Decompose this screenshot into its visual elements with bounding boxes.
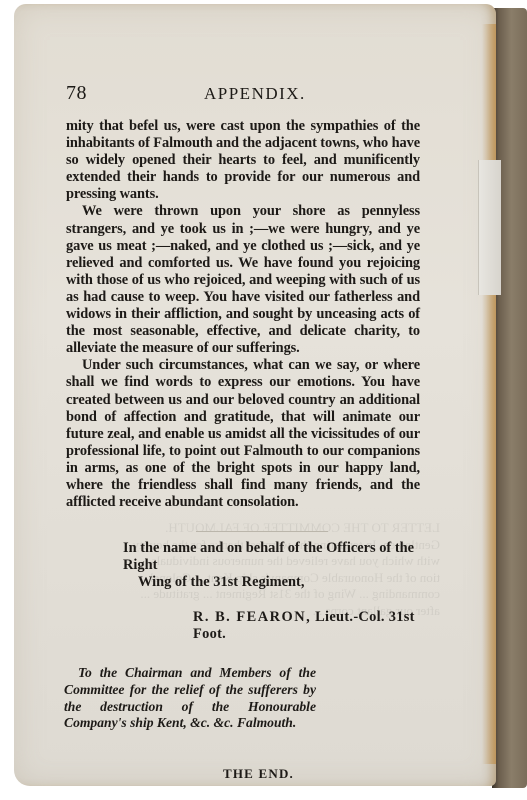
addressee-text: To the Chairman and Members of the Com­m…	[64, 665, 316, 732]
signatory: R. B. FEARON, Lieut.-Col. 31st Foot.	[66, 609, 420, 643]
addressee-block: To the Chairman and Members of the Com­m…	[64, 665, 316, 732]
page-text: 78 APPENDIX. mity that befel us, were ca…	[66, 80, 420, 782]
page-header: 78 APPENDIX.	[66, 80, 420, 108]
signatory-name: R. B. FEARON,	[193, 609, 311, 625]
paragraph-2: We were thrown upon your shore as pennyl…	[66, 203, 420, 357]
paragraph-3: Under such circumstances, what can we sa…	[66, 357, 420, 511]
paragraph-1: mity that befel us, were cast upon the s…	[66, 118, 420, 203]
section-rule	[196, 531, 328, 532]
repair-tape	[478, 160, 501, 295]
book-cover-spine	[492, 8, 527, 788]
page-number: 78	[66, 82, 87, 105]
running-head: APPENDIX.	[204, 84, 306, 104]
book-photo: LETTER TO THE COMMITTEE OF FALMOUTH. Gen…	[0, 0, 527, 800]
closing-text: THE END.	[66, 766, 420, 782]
signature-line-2: Wing of the 31st Regiment,	[66, 574, 420, 591]
signature-line-1: In the name and on behalf of the Officer…	[66, 540, 420, 574]
